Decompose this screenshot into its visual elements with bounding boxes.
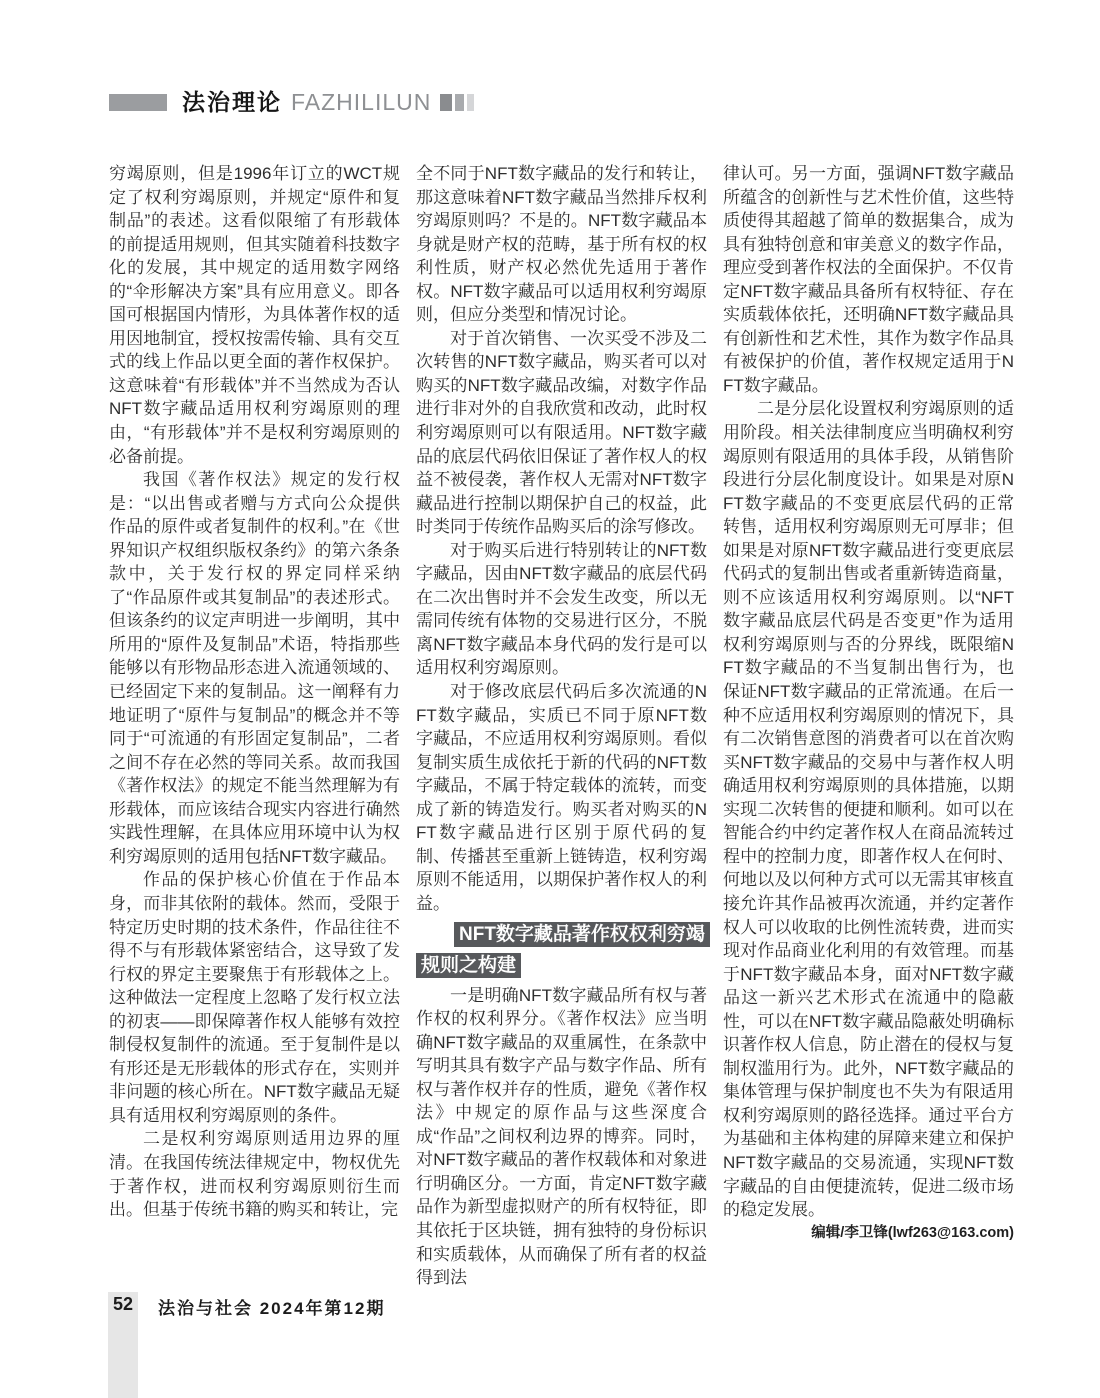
section-title-pinyin: FAZHILILUN — [291, 91, 431, 113]
article-column-1: 穷竭原则，但是1996年订立的WCT规定了权利穷竭原则，并规定“原件和复制品”的… — [109, 162, 400, 1290]
section-title: 法治理论 — [182, 91, 282, 113]
paragraph: 对于首次销售、一次买受不涉及二次转售的NFT数字藏品，购买者可以对购买的NFT数… — [416, 327, 707, 539]
section-heading-text: NFT数字藏品著作权权利穷竭规则之构建 — [416, 922, 710, 978]
paragraph: 对于修改底层代码后多次流通的NFT数字藏品，实质已不同于原NFT数字藏品，不应适… — [416, 680, 707, 915]
footer-sidebar: 52 — [108, 1292, 138, 1398]
page-header: 法治理论 FAZHILILUN — [109, 91, 1014, 113]
section-heading: NFT数字藏品著作权权利穷竭规则之构建 — [416, 919, 707, 981]
paragraph: 律认可。另一方面，强调NFT数字藏品所蕴含的创新性与艺术性价值，这些特质使得其超… — [723, 162, 1014, 397]
editor-credit: 编辑/李卫锋(lwf263@163.com) — [723, 1222, 1014, 1246]
paragraph: 对于购买后进行特别转让的NFT数字藏品，因由NFT数字藏品的底层代码在二次出售时… — [416, 539, 707, 680]
article-column-2: 全不同于NFT数字藏品的发行和转让，那这意味着NFT数字藏品当然排斥权利穷竭原则… — [416, 162, 707, 1290]
page-number: 52 — [108, 1294, 138, 1315]
header-accent-bars — [440, 94, 477, 111]
header-accent-bar — [109, 94, 167, 111]
paragraph: 作品的保护核心价值在于作品本身，而非其依附的载体。然而，受限于特定历史时期的技术… — [109, 868, 400, 1127]
article-column-3: 律认可。另一方面，强调NFT数字藏品所蕴含的创新性与艺术性价值，这些特质使得其超… — [723, 162, 1014, 1290]
paragraph: 二是分层化设置权利穷竭原则的适用阶段。相关法律制度应当明确权利穷竭原则有限适用的… — [723, 397, 1014, 1221]
paragraph: 全不同于NFT数字藏品的发行和转让，那这意味着NFT数字藏品当然排斥权利穷竭原则… — [416, 162, 707, 327]
article-body: 穷竭原则，但是1996年订立的WCT规定了权利穷竭原则，并规定“原件和复制品”的… — [109, 162, 1015, 1290]
paragraph: 我国《著作权法》规定的发行权是：“以出售或者赠与方式向公众提供作品的原件或者复制… — [109, 468, 400, 868]
magazine-page: 法治理论 FAZHILILUN 穷竭原则，但是1996年订立的WCT规定了权利穷… — [0, 0, 1100, 1398]
paragraph: 一是明确NFT数字藏品所有权与著作权的权利界分。《著作权法》应当明确NFT数字藏… — [416, 984, 707, 1290]
paragraph: 二是权利穷竭原则适用边界的厘清。在我国传统法律规定中，物权优先于著作权，进而权利… — [109, 1127, 400, 1221]
paragraph: 穷竭原则，但是1996年订立的WCT规定了权利穷竭原则，并规定“原件和复制品”的… — [109, 162, 400, 468]
journal-footer: 法治与社会 2024年第12期 — [158, 1294, 385, 1319]
